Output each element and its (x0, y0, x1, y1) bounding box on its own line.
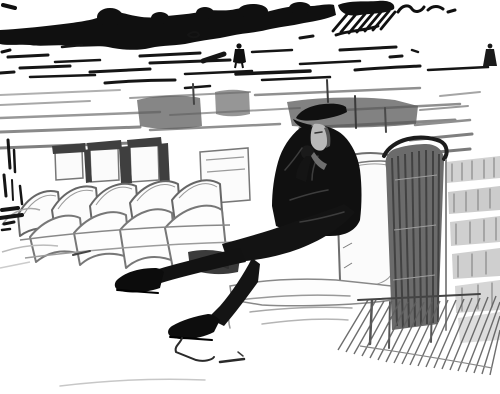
edge-figure-head (488, 44, 493, 49)
illustration-canvas (0, 0, 500, 394)
ink-sketch-figure (0, 0, 500, 394)
distant-figure-head (236, 43, 241, 48)
sketch-page (0, 0, 500, 394)
distant-figure-body (233, 49, 246, 64)
